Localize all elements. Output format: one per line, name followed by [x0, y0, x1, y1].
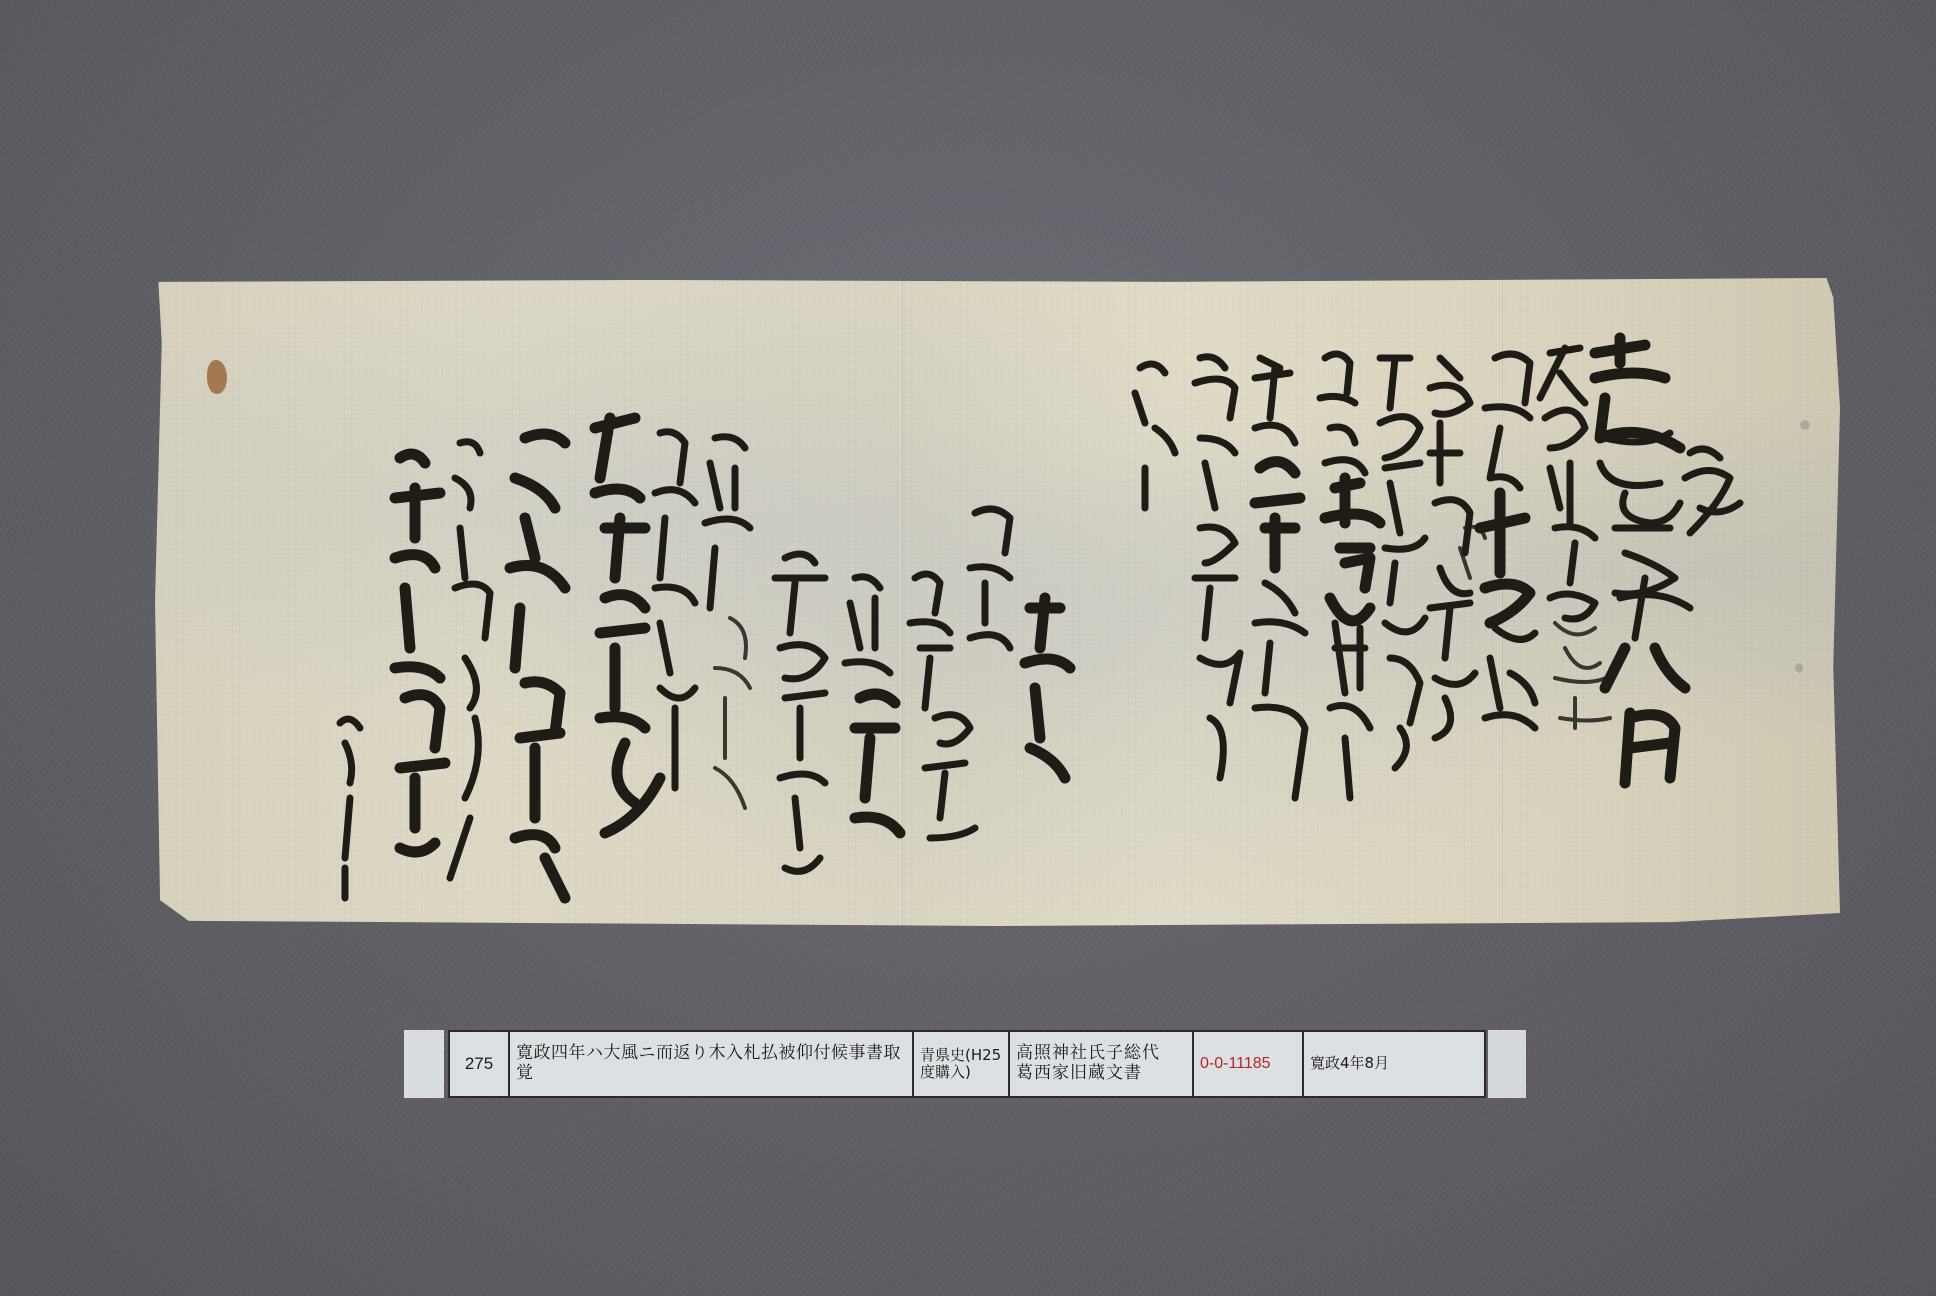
label-catalog-id: 0-0-11185	[1194, 1030, 1304, 1098]
collection-line-1: 高照神社氏子総代	[1016, 1044, 1160, 1064]
label-acquisition-source: 青県史(H25 度購入)	[914, 1030, 1010, 1098]
handwritten-text	[155, 278, 1840, 926]
catalog-label: 275 寛政四年ハ大風ニ而返り木入札払被仰付候事書取覚 青県史(H25 度購入)…	[404, 1030, 1526, 1098]
label-document-title: 寛政四年ハ大風ニ而返り木入札払被仰付候事書取覚	[510, 1030, 914, 1098]
label-blank-right	[1488, 1030, 1526, 1098]
catalog-id-text: 0-0-11185	[1200, 1055, 1271, 1073]
item-number-text: 275	[465, 1054, 493, 1074]
label-date: 寛政4年8月	[1304, 1030, 1486, 1098]
source-line-1: 青県史(H25	[920, 1047, 1001, 1064]
label-collection-name: 高照神社氏子総代 葛西家旧蔵文書	[1010, 1030, 1194, 1098]
label-blank-left	[404, 1030, 444, 1098]
source-line-2: 度購入)	[920, 1064, 1001, 1081]
label-item-number: 275	[448, 1030, 510, 1098]
manuscript-document	[155, 278, 1840, 926]
collection-line-2: 葛西家旧蔵文書	[1016, 1064, 1160, 1084]
document-title-text: 寛政四年ハ大風ニ而返り木入札払被仰付候事書取覚	[516, 1044, 906, 1083]
date-text: 寛政4年8月	[1310, 1055, 1389, 1072]
